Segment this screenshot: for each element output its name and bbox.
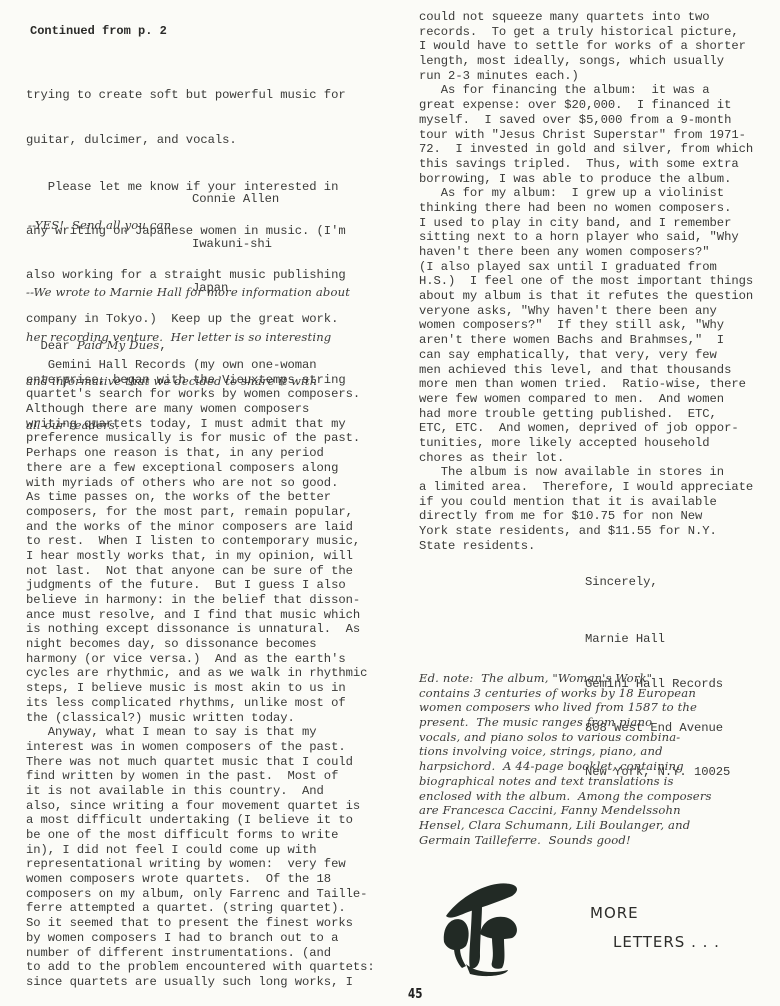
text-line: guitar, dulcimer, and vocals. — [26, 133, 346, 148]
editor-note: Ed. note: The album, "Woman's Work"conta… — [419, 671, 712, 847]
text-line: (I also played sax until I graduated fro… — [419, 260, 753, 275]
text-line: tunities, more likely accepted household — [419, 436, 753, 451]
text-line: As time passes on, the works of the bett… — [26, 490, 375, 505]
mushroom-icon — [440, 878, 540, 978]
text-line: 72. I invested in gold and silver, from … — [419, 142, 753, 157]
text-line: directly from me for $10.75 for non New — [419, 509, 753, 524]
signature-line: Marnie Hall — [585, 632, 730, 647]
text-line: ance must resolve, and I find that music… — [26, 608, 375, 623]
text-line: biographical notes and text translations… — [419, 774, 712, 789]
text-line: men achieved this level, and that thousa… — [419, 363, 753, 378]
text-line: Gemini Hall Records (my own one-woman — [26, 358, 375, 373]
letter-body-left: Gemini Hall Records (my own one-womanent… — [26, 358, 375, 990]
text-line: vocals, and piano solos to various combi… — [419, 730, 712, 745]
text-line: cycles are rhythmic, and as we walk in r… — [26, 666, 375, 681]
text-line: and the works of the minor composers are… — [26, 520, 375, 535]
text-line: veryone asks, "Why haven't there been an… — [419, 304, 753, 319]
text-line: is nothing except dissonance is unnatura… — [26, 622, 375, 637]
text-line: had more trouble getting published. ETC, — [419, 407, 753, 422]
continued-header: Continued from p. 2 — [30, 24, 167, 38]
text-line: Anyway, what I mean to say is that my — [26, 725, 375, 740]
signature-line: Connie Allen — [192, 192, 279, 207]
editor-reply: --YES! Send all you can. — [28, 218, 175, 233]
text-line: composers on my album, only Farrenc and … — [26, 887, 375, 902]
text-line: So it seemed that to present the finest … — [26, 916, 375, 931]
text-line: more men than women tried. Ratio-wise, t… — [419, 377, 753, 392]
salutation-prefix: Dear — [41, 339, 77, 353]
text-line: steps, I believe music is most akin to u… — [26, 681, 375, 696]
text-line: preference musically is for music of the… — [26, 431, 375, 446]
text-line: in), I did not feel I could come up with — [26, 843, 375, 858]
closing: Sincerely, — [585, 575, 658, 590]
text-line: The album is now available in stores in — [419, 465, 753, 480]
text-line: trying to create soft but powerful music… — [26, 88, 346, 103]
text-line: great expense: over $20,000. I financed … — [419, 98, 753, 113]
text-line: a limited area. Therefore, I would appre… — [419, 480, 753, 495]
text-line: Although there are many women composers — [26, 402, 375, 417]
text-line: As for my album: I grew up a violinist — [419, 186, 753, 201]
text-line: the (classical?) music written today. — [26, 711, 375, 726]
text-line: enclosed with the album. Among the compo… — [419, 789, 712, 804]
text-line: As for financing the album: it was a — [419, 83, 753, 98]
text-line: by women composers I had to branch out t… — [26, 931, 375, 946]
text-line: I hear mostly works that, in my opinion,… — [26, 549, 375, 564]
text-line: writing quartets today, I must admit tha… — [26, 417, 375, 432]
text-line: were few women compared to men. And wome… — [419, 392, 753, 407]
text-line: aren't there women Bachs and Brahmses," … — [419, 333, 753, 348]
text-line: sitting next to a horn player who said, … — [419, 230, 753, 245]
text-line: to rest. When I listen to contemporary m… — [26, 534, 375, 549]
text-line: thinking there had been no women compose… — [419, 201, 753, 216]
text-line: number of different instrumentations. (a… — [26, 946, 375, 961]
text-line: Perhaps one reason is that, in any perio… — [26, 446, 375, 461]
more-letters-line-2: LETTERS . . . — [613, 933, 720, 951]
text-line: not last. Not that anyone can be sure of… — [26, 564, 375, 579]
text-line: quartet's search for works by women comp… — [26, 387, 375, 402]
text-line: haven't there been any women composers?" — [419, 245, 753, 260]
text-line: if you could mention that it is availabl… — [419, 495, 753, 510]
text-line: judgments of the future. But I guess I a… — [26, 578, 375, 593]
salutation-suffix: , — [159, 339, 166, 353]
text-line: be one of the most difficult forms to wr… — [26, 828, 375, 843]
salutation-name: Paid My Dues — [77, 338, 160, 352]
text-line: representational writing by women: very … — [26, 857, 375, 872]
text-line: interest was in women composers of the p… — [26, 740, 375, 755]
text-line: tions involving voice, strings, piano, a… — [419, 744, 712, 759]
text-line: harpsichord. A 44-page booklet, containi… — [419, 759, 712, 774]
text-line: I would have to settle for works of a sh… — [419, 39, 753, 54]
text-line: night becomes day, so dissonance becomes — [26, 637, 375, 652]
text-line: composers, for the most part, remain pop… — [26, 505, 375, 520]
text-line: I used to play in city band, and I remem… — [419, 216, 753, 231]
text-line: records. To get a truly historical pictu… — [419, 25, 753, 40]
text-line: Please let me know if your interested in — [26, 180, 346, 195]
page-number: 45 — [408, 987, 422, 1002]
text-line: a most difficult undertaking (I believe … — [26, 813, 375, 828]
text-line: run 2-3 minutes each.) — [419, 69, 753, 84]
text-line: H.S.) I feel one of the most important t… — [419, 274, 753, 289]
text-line: --We wrote to Marnie Hall for more infor… — [26, 285, 350, 300]
text-line: State residents. — [419, 539, 753, 554]
letter-body-right: could not squeeze many quartets into two… — [419, 10, 753, 553]
text-line: York state residents, and $11.55 for N.Y… — [419, 524, 753, 539]
text-line: harmony (or vice versa.) And as the eart… — [26, 652, 375, 667]
text-line: length, most ideally, songs, which usual… — [419, 54, 753, 69]
text-line: also, since writing a four movement quar… — [26, 799, 375, 814]
salutation: Dear Paid My Dues, — [26, 323, 167, 353]
text-line: there are a few exceptional composers al… — [26, 461, 375, 476]
text-line: about my album is that it refutes the qu… — [419, 289, 753, 304]
text-line: women composers?" If they still ask, "Wh… — [419, 318, 753, 333]
text-line: borrowing, I was able to produce the alb… — [419, 172, 753, 187]
text-line: its less complicated rhythms, unlike mos… — [26, 696, 375, 711]
text-line: contains 3 centuries of works by 18 Euro… — [419, 686, 712, 701]
more-letters-line-1: MORE — [590, 904, 639, 922]
text-line: since quartets are usually such long wor… — [26, 975, 375, 990]
text-line: Germain Tailleferre. Sounds good! — [419, 833, 712, 848]
text-line: women composers who lived from 1587 to t… — [419, 700, 712, 715]
text-line: enterprise, began with the Vieuxtemps st… — [26, 373, 375, 388]
text-line: believe in harmony: in the belief that d… — [26, 593, 375, 608]
text-line: find written by women in the past. Most … — [26, 769, 375, 784]
text-line: Hensel, Clara Schumann, Lili Boulanger, … — [419, 818, 712, 833]
text-line: tour with "Jesus Christ Superstar" from … — [419, 128, 753, 143]
text-line: it is not available in this country. And — [26, 784, 375, 799]
text-line: could not squeeze many quartets into two — [419, 10, 753, 25]
text-line: chores as their lot. — [419, 451, 753, 466]
text-line: present. The music ranges from piano — [419, 715, 712, 730]
text-line: are Francesca Caccini, Fanny Mendelssohn — [419, 803, 712, 818]
text-line: There was not much quartet music that I … — [26, 755, 375, 770]
text-line: can say emphatically, that very, very fe… — [419, 348, 753, 363]
signature-line: Iwakuni-shi — [192, 237, 279, 252]
text-line: women composers wrote quartets. Of the 1… — [26, 872, 375, 887]
text-line: myself. I saved over $5,000 from a 9-mon… — [419, 113, 753, 128]
text-line: to add to the problem encountered with q… — [26, 960, 375, 975]
text-line: ETC, ETC. And women, deprived of job opp… — [419, 421, 753, 436]
text-line: this savings tripled. Thus, with some ex… — [419, 157, 753, 172]
text-line: with myriads of others who are not so go… — [26, 476, 375, 491]
text-line: Ed. note: The album, "Woman's Work" — [419, 671, 712, 686]
text-line: ferre attempted a quartet. (string quart… — [26, 901, 375, 916]
